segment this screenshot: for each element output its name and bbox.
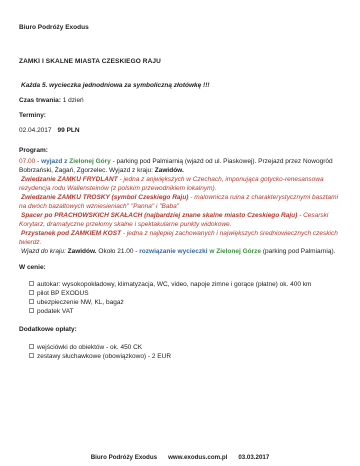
program-paragraph-frydlant: Zwiedzanie ZAMKU FRYDLANT - jedna z anjw…: [19, 175, 346, 193]
return-place: w Zielonej Górze: [208, 248, 261, 255]
company-name: Biuro Podróży Exodus: [19, 23, 346, 32]
kost-heading: Przystanek pod ZAMKIEM KOST: [21, 230, 121, 237]
return-intro: Wjazd do kraju:: [21, 248, 66, 255]
checkbox-bullet-icon: [29, 344, 34, 349]
list-item-text: ubezpieczenie NW, KL, bagaż: [37, 299, 124, 306]
program-paragraph-prachowskie: Spacer po PRACHOWSKICH SKAŁACH (najbardz…: [19, 211, 346, 229]
included-label: W cenie:: [19, 263, 346, 272]
list-item-text: pilot BP EXODUS: [37, 290, 89, 297]
list-item: ubezpieczenie NW, KL, bagaż: [29, 298, 346, 307]
extra-fees-label: Dodatkowe opłaty:: [19, 325, 346, 334]
border-crossing: Zawidów.: [155, 167, 184, 174]
page-footer: Biuro Podróży Exodus www.exodus.com.pl 0…: [0, 453, 360, 462]
program-paragraph-departure: 07.00 - wyjazd z Zielonej Góry - parking…: [19, 157, 346, 175]
return-time: Około 21.00 -: [97, 248, 140, 255]
term-date: 02.04.2017: [19, 127, 52, 134]
term-row: 02.04.201799 PLN: [19, 126, 346, 135]
term-price: 99 PLN: [58, 127, 80, 134]
program-paragraph-return: Wjazd do kraju: Zawidów. Około 21.00 - r…: [19, 247, 346, 256]
program-paragraph-kost: Przystanek pod ZAMKIEM KOST - jedna z na…: [19, 229, 346, 247]
departure-activity: wyjazd z: [41, 158, 67, 165]
departure-time: 07.00: [19, 158, 35, 165]
return-crossing: Zawidów.: [66, 248, 97, 255]
terms-label: Terminy:: [19, 111, 346, 120]
list-item-text: podatek VAT: [37, 308, 74, 315]
checkbox-bullet-icon: [29, 299, 34, 304]
promo-line: Każda 5. wycieczka jednodniowa za symbol…: [19, 81, 346, 90]
list-item: podatek VAT: [29, 307, 346, 316]
checkbox-bullet-icon: [29, 353, 34, 358]
frydlant-heading: Zwiedzanie ZAMKU FRYDLANT: [21, 176, 118, 183]
checkbox-bullet-icon: [29, 290, 34, 295]
list-item-text: autokar: wysokopokładowy, klimatyzacja, …: [37, 281, 311, 288]
duration-row: Czas trwania: 1 dzień: [19, 96, 346, 105]
extra-fees-list: wejściówki do obiektów - ok. 450 CK zest…: [19, 343, 346, 361]
list-item-text: wejściówki do obiektów - ok. 450 CK: [37, 344, 142, 351]
list-item: pilot BP EXODUS: [29, 289, 346, 298]
checkbox-bullet-icon: [29, 281, 34, 286]
list-item: zestawy słuchawkowe (obowiązkowo) - 2 EU…: [29, 352, 346, 361]
footer-date: 03.03.2017: [238, 453, 269, 462]
program-paragraph-trosky: Zwiedzanie ZAMKU TROSKY (symbol Czeskieg…: [19, 193, 346, 211]
prachowskie-heading: Spacer po PRACHOWSKICH SKAŁACH (najbardz…: [21, 212, 297, 219]
trip-title: ZAMKI I SKALNE MIASTA CZESKIEGO RAJU: [19, 57, 346, 66]
duration-label: Czas trwania:: [19, 97, 61, 104]
footer-website: www.exodus.com.pl: [168, 453, 227, 462]
included-list: autokar: wysokopokładowy, klimatyzacja, …: [19, 280, 346, 316]
list-item: autokar: wysokopokładowy, klimatyzacja, …: [29, 280, 346, 289]
return-details: (parking pod Palmiarnią).: [261, 248, 335, 255]
return-activity: rozwiązanie wycieczki: [139, 248, 207, 255]
program-label: Program:: [19, 146, 346, 155]
list-item: wejściówki do obiektów - ok. 450 CK: [29, 343, 346, 352]
footer-company: Biuro Podróży Exodus: [91, 453, 157, 462]
duration-value: 1 dzień: [61, 97, 84, 104]
document-page: Biuro Podróży Exodus ZAMKI I SKALNE MIAS…: [0, 0, 360, 466]
list-item-text: zestawy słuchawkowe (obowiązkowo) - 2 EU…: [37, 353, 171, 360]
trosky-heading: Zwiedzanie ZAMKU TROSKY (symbol Czeskieg…: [21, 194, 188, 201]
checkbox-bullet-icon: [29, 308, 34, 313]
departure-place: Zielonej Góry: [67, 158, 110, 165]
